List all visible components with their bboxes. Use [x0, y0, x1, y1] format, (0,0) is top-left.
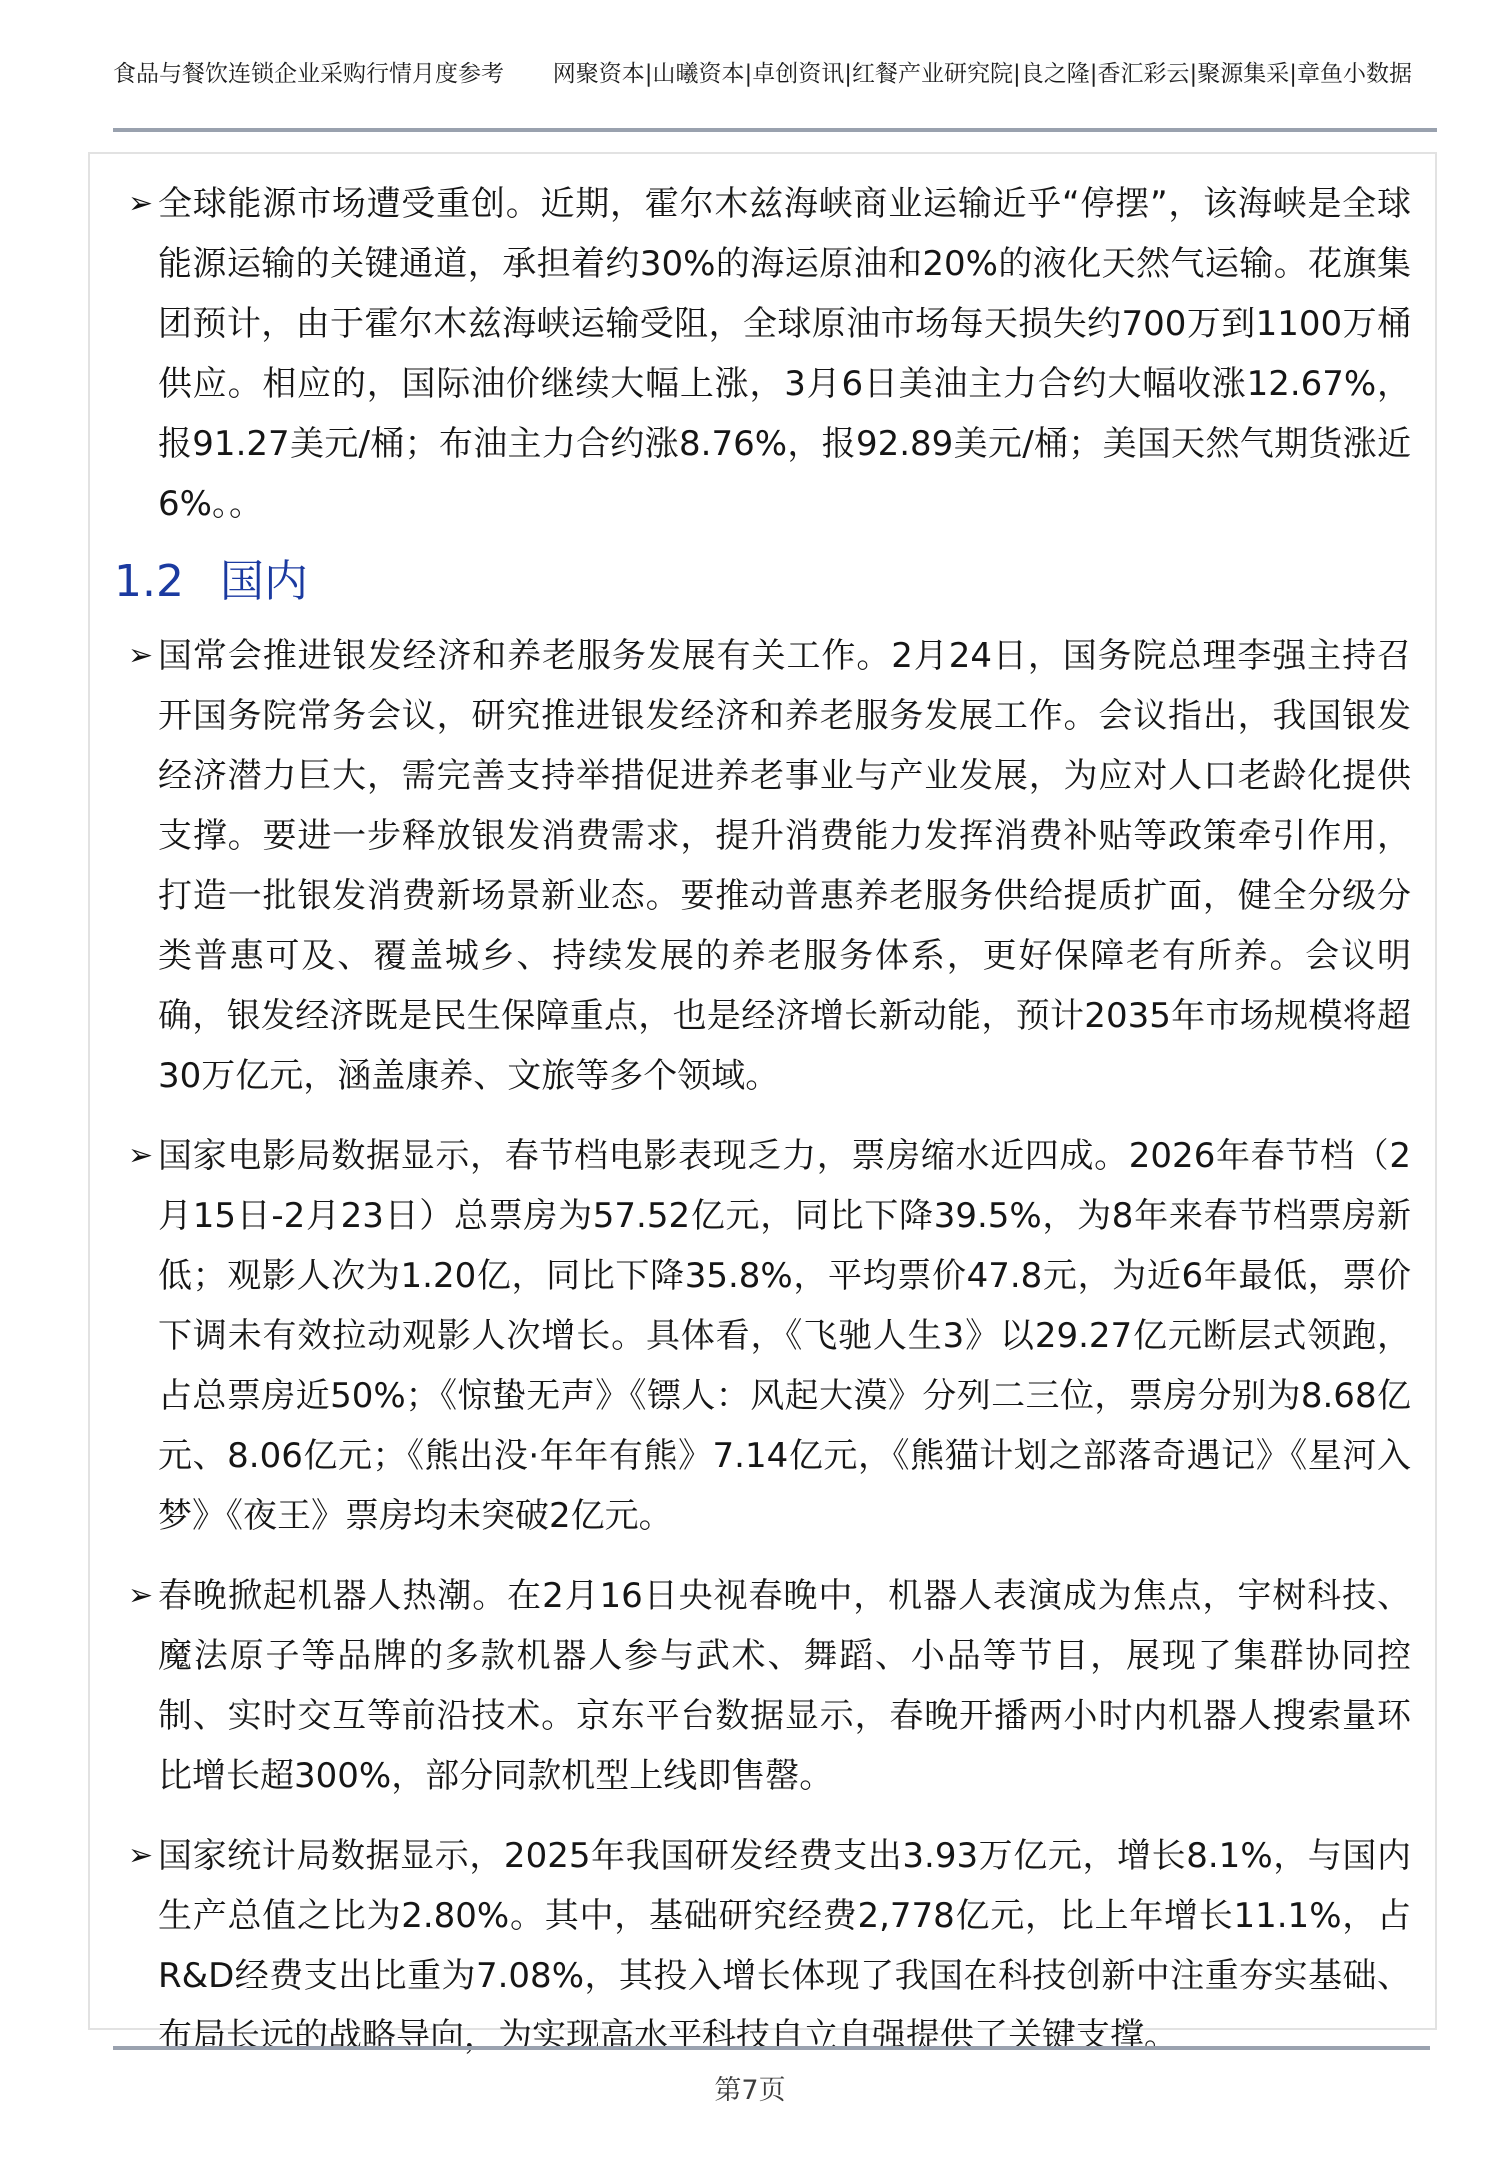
bullet-text: 春晚掀起机器人热潮。在2月16日央视春晚中，机器人表演成为焦点，宇树科技、魔法原…	[158, 1576, 1411, 1796]
header-left-title: 食品与餐饮连锁企业采购行情月度参考	[113, 58, 504, 90]
bullet-item-film-box-office: ➢ 国家电影局数据显示，春节档电影表现乏力，票房缩水近四成。2026年春节档（2…	[114, 1126, 1411, 1546]
bullet-arrow-icon: ➢	[128, 1566, 153, 1626]
content-box: ➢ 全球能源市场遭受重创。近期，霍尔木兹海峡商业运输近乎“停摆”，该海峡是全球能…	[88, 152, 1437, 2030]
footer-page-number: 第7页	[0, 2074, 1500, 2108]
bullet-text: 国常会推进银发经济和养老服务发展有关工作。2月24日，国务院总理李强主持召开国务…	[158, 636, 1411, 1096]
bullet-arrow-icon: ➢	[128, 1826, 153, 1886]
bullet-arrow-icon: ➢	[128, 174, 153, 234]
global-section-bullet-list: ➢ 全球能源市场遭受重创。近期，霍尔木兹海峡商业运输近乎“停摆”，该海峡是全球能…	[114, 174, 1411, 534]
section-title: 国内	[220, 556, 308, 607]
document-page: 食品与餐饮连锁企业采购行情月度参考 网聚资本|山曦资本|卓创资讯|红餐产业研究院…	[0, 0, 1500, 2167]
bullet-item-rd-spending: ➢ 国家统计局数据显示，2025年我国研发经费支出3.93万亿元，增长8.1%，…	[114, 1826, 1411, 2066]
header-divider-rule	[113, 128, 1437, 132]
bullet-item-robot-gala: ➢ 春晚掀起机器人热潮。在2月16日央视春晚中，机器人表演成为焦点，宇树科技、魔…	[114, 1566, 1411, 1806]
bullet-arrow-icon: ➢	[128, 626, 153, 686]
header-right-brands: 网聚资本|山曦资本|卓创资讯|红餐产业研究院|良之隆|香汇彩云|聚源集采|章鱼小…	[553, 58, 1412, 90]
section-number: 1.2	[114, 556, 184, 607]
domestic-section-bullet-list: ➢ 国常会推进银发经济和养老服务发展有关工作。2月24日，国务院总理李强主持召开…	[114, 626, 1411, 2066]
bullet-item-energy-market: ➢ 全球能源市场遭受重创。近期，霍尔木兹海峡商业运输近乎“停摆”，该海峡是全球能…	[114, 174, 1411, 534]
bullet-text: 全球能源市场遭受重创。近期，霍尔木兹海峡商业运输近乎“停摆”，该海峡是全球能源运…	[158, 184, 1411, 524]
bullet-item-silver-economy: ➢ 国常会推进银发经济和养老服务发展有关工作。2月24日，国务院总理李强主持召开…	[114, 626, 1411, 1106]
footer-divider-rule	[113, 2046, 1430, 2050]
page-header: 食品与餐饮连锁企业采购行情月度参考 网聚资本|山曦资本|卓创资讯|红餐产业研究院…	[113, 58, 1412, 90]
bullet-text: 国家统计局数据显示，2025年我国研发经费支出3.93万亿元，增长8.1%，与国…	[158, 1836, 1411, 2056]
bullet-text: 国家电影局数据显示，春节档电影表现乏力，票房缩水近四成。2026年春节档（2月1…	[158, 1136, 1411, 1536]
bullet-arrow-icon: ➢	[128, 1126, 153, 1186]
section-heading-1-2-domestic: 1.2 国内	[114, 554, 1411, 610]
